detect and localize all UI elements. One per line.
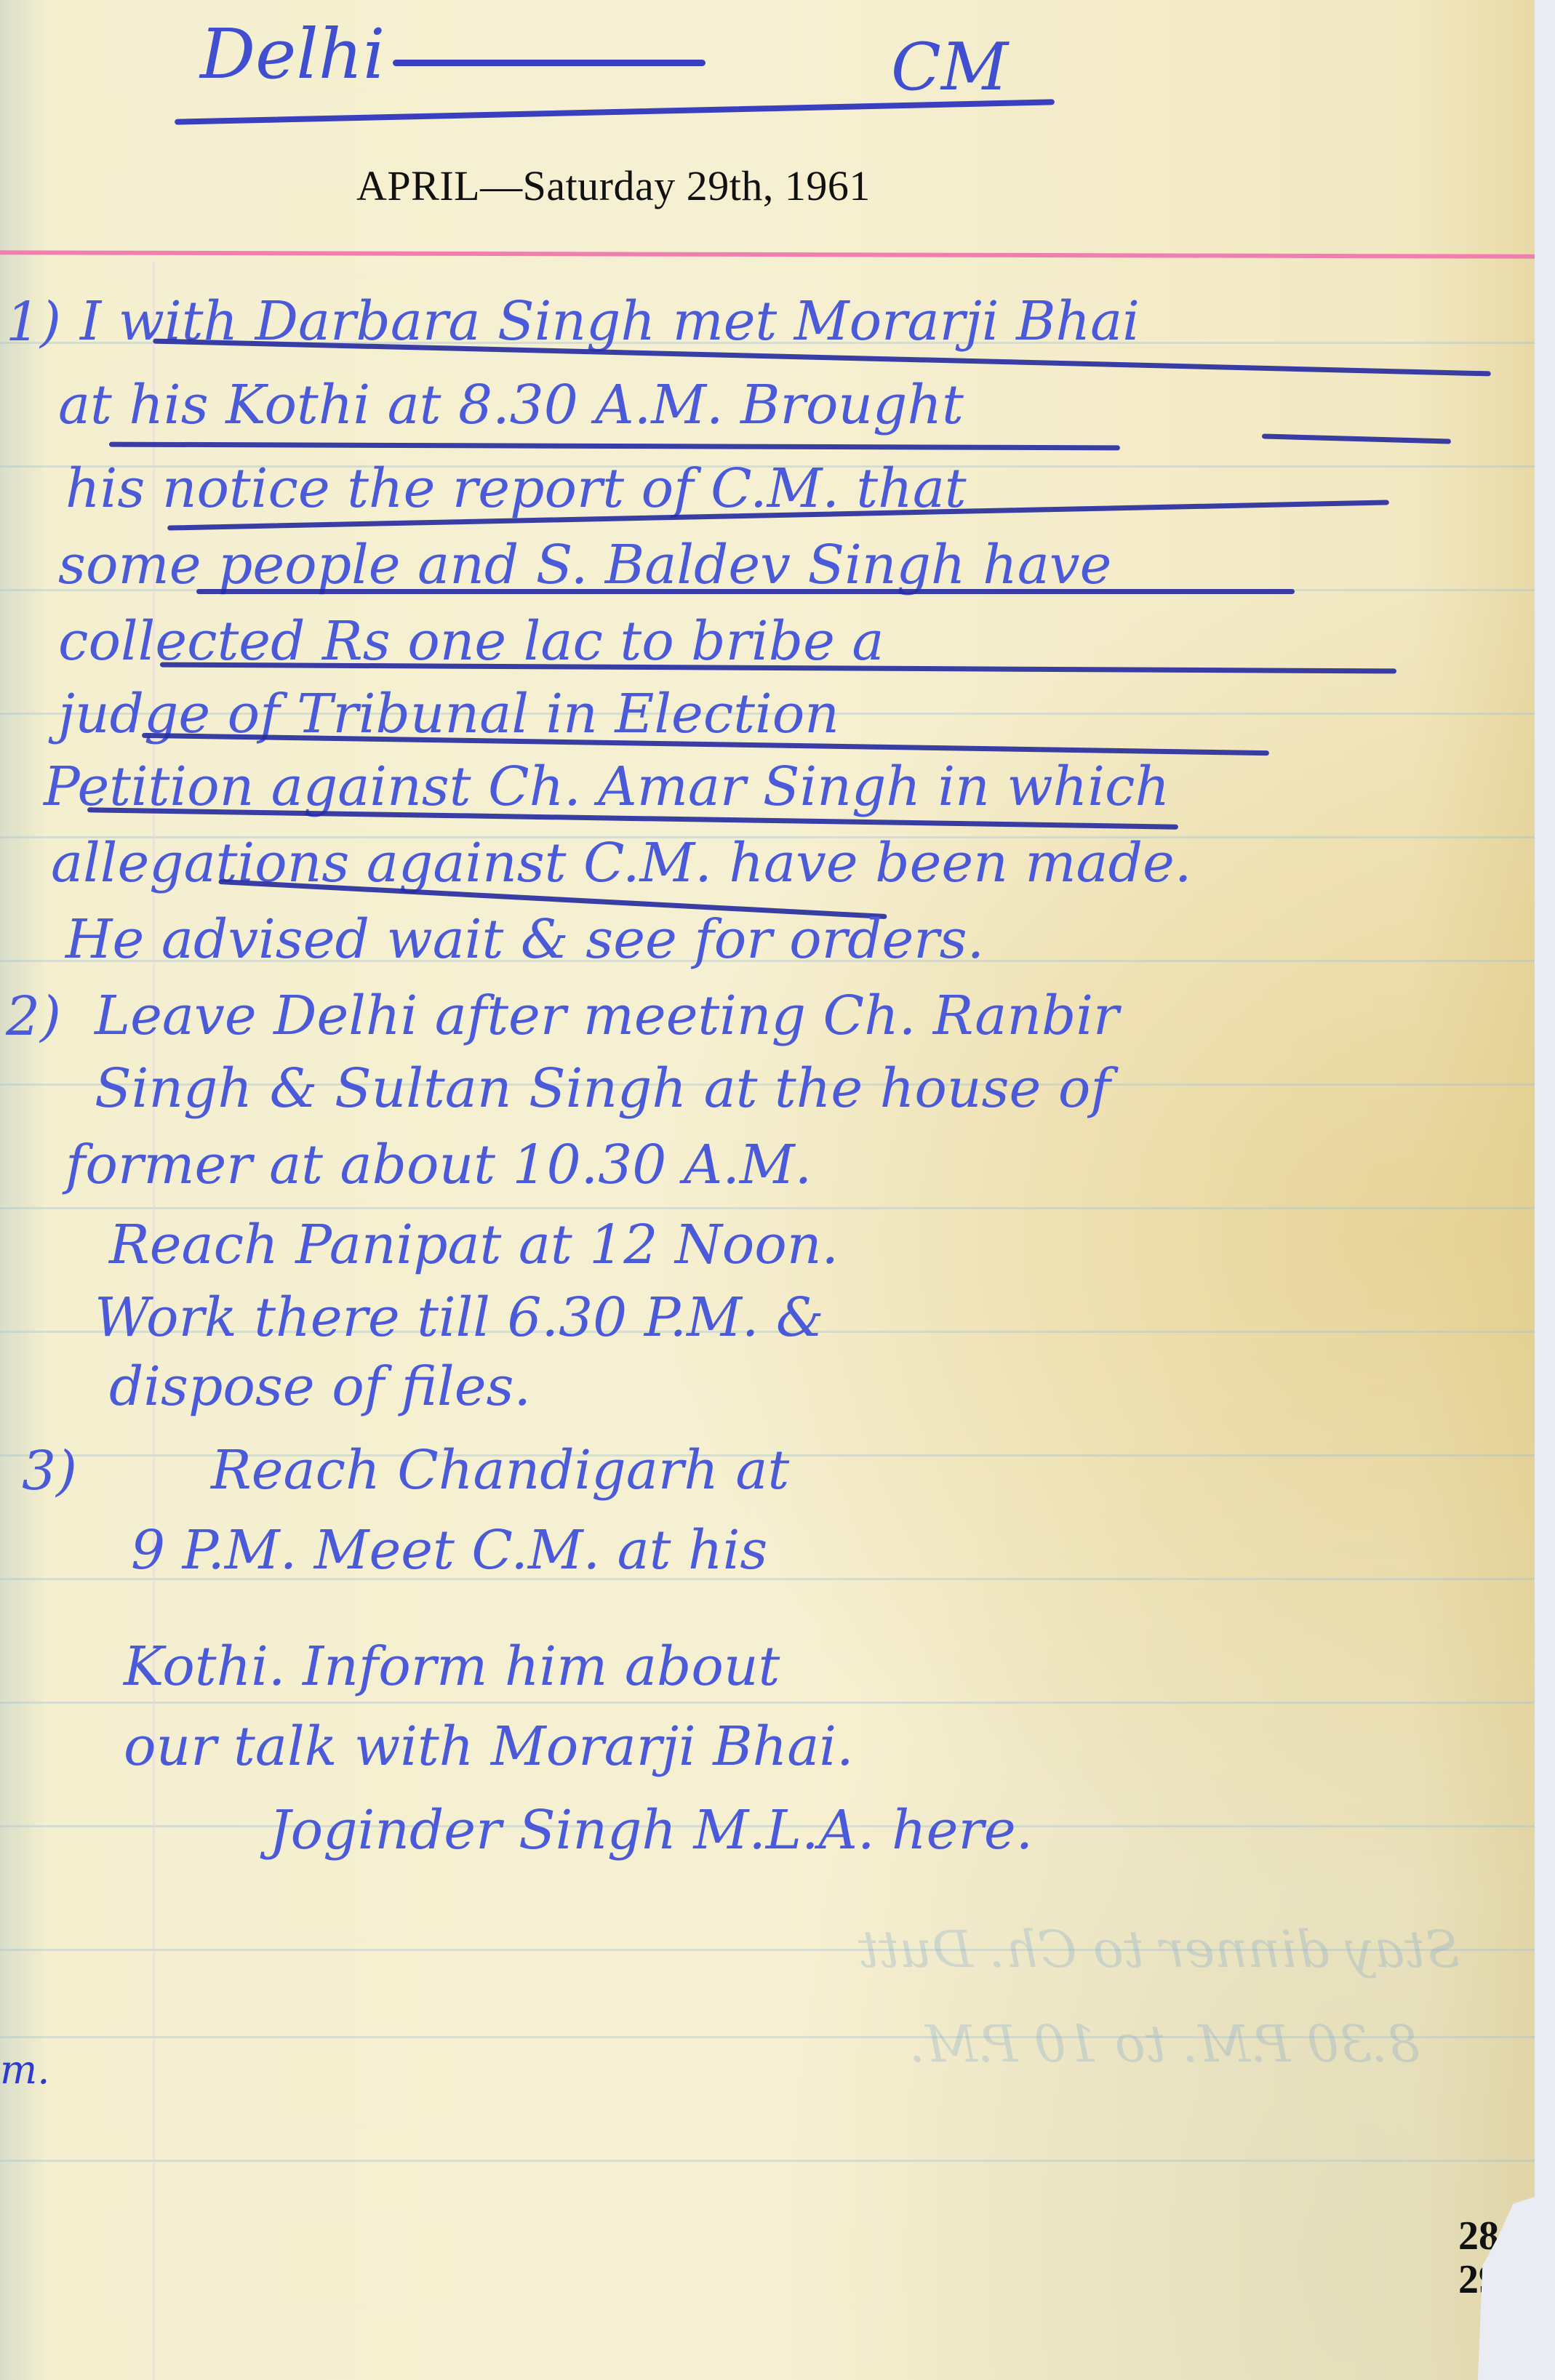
- strike-through: [1262, 433, 1451, 444]
- heading-underline: [175, 99, 1055, 124]
- ruled-line: [0, 1702, 1535, 1704]
- entry-line: at his Kothi at 8.30 A.M. Brought: [58, 378, 964, 432]
- page-number-tab: 28 29: [1458, 2214, 1499, 2301]
- entry-line: Leave Delhi after meeting Ch. Ranbir: [95, 989, 1119, 1043]
- entry-line: dispose of files.: [109, 1360, 531, 1414]
- entry-line: Work there till 6.30 P.M. &: [95, 1291, 824, 1345]
- ruled-line: [0, 1207, 1535, 1209]
- entry-line: Reach Chandigarh at: [211, 1443, 789, 1497]
- bleed-through-text: 8.30 P.M. to 10 P.M.: [909, 2014, 1420, 2074]
- pink-header-rule: [0, 250, 1535, 259]
- entry-line: some people and S. Baldev Singh have: [58, 538, 1111, 592]
- entry-line: collected Rs one lac to bribe a: [58, 614, 884, 668]
- entry-line: Kothi. Inform him about: [124, 1640, 780, 1694]
- strike-through: [196, 589, 1295, 594]
- entry-number: 3): [22, 1440, 77, 1502]
- place-heading: Delhi: [200, 15, 385, 95]
- entry-number: 2): [6, 985, 61, 1048]
- entry-line: Singh & Sultan Singh at the house of: [95, 1062, 1111, 1115]
- entry-line: former at about 10.30 A.M.: [65, 1138, 812, 1192]
- entry-line: He advised wait & see for orders.: [65, 913, 984, 966]
- page-number-29: 29: [1458, 2258, 1499, 2301]
- page-number-28: 28: [1458, 2214, 1499, 2258]
- entry-line: Petition against Ch. Amar Singh in which: [44, 760, 1170, 814]
- heading-dash: [393, 60, 705, 66]
- entry-line: 9 P.M. Meet C.M. at his: [131, 1523, 767, 1577]
- entry-line: Reach Panipat at 12 Noon.: [109, 1218, 839, 1272]
- entry-line: Joginder Singh M.L.A. here.: [269, 1803, 1033, 1857]
- printed-date-heading: APRIL—Saturday 29th, 1961: [356, 161, 871, 210]
- entry-line: his notice the report of C.M. that: [65, 462, 967, 516]
- strike-through: [109, 442, 1120, 451]
- ruled-line: [0, 2160, 1535, 2162]
- initials-heading: CM: [891, 29, 1008, 105]
- entry-number: 1): [6, 291, 61, 353]
- entry-line: our talk with Morarji Bhai.: [124, 1720, 854, 1774]
- bleed-through-text: Stay dinner to Ch. Dutt: [858, 1920, 1460, 1979]
- stray-margin-mark: m.: [0, 2047, 49, 2093]
- diary-page: Delhi CM APRIL—Saturday 29th, 1961 Stay …: [0, 0, 1535, 2380]
